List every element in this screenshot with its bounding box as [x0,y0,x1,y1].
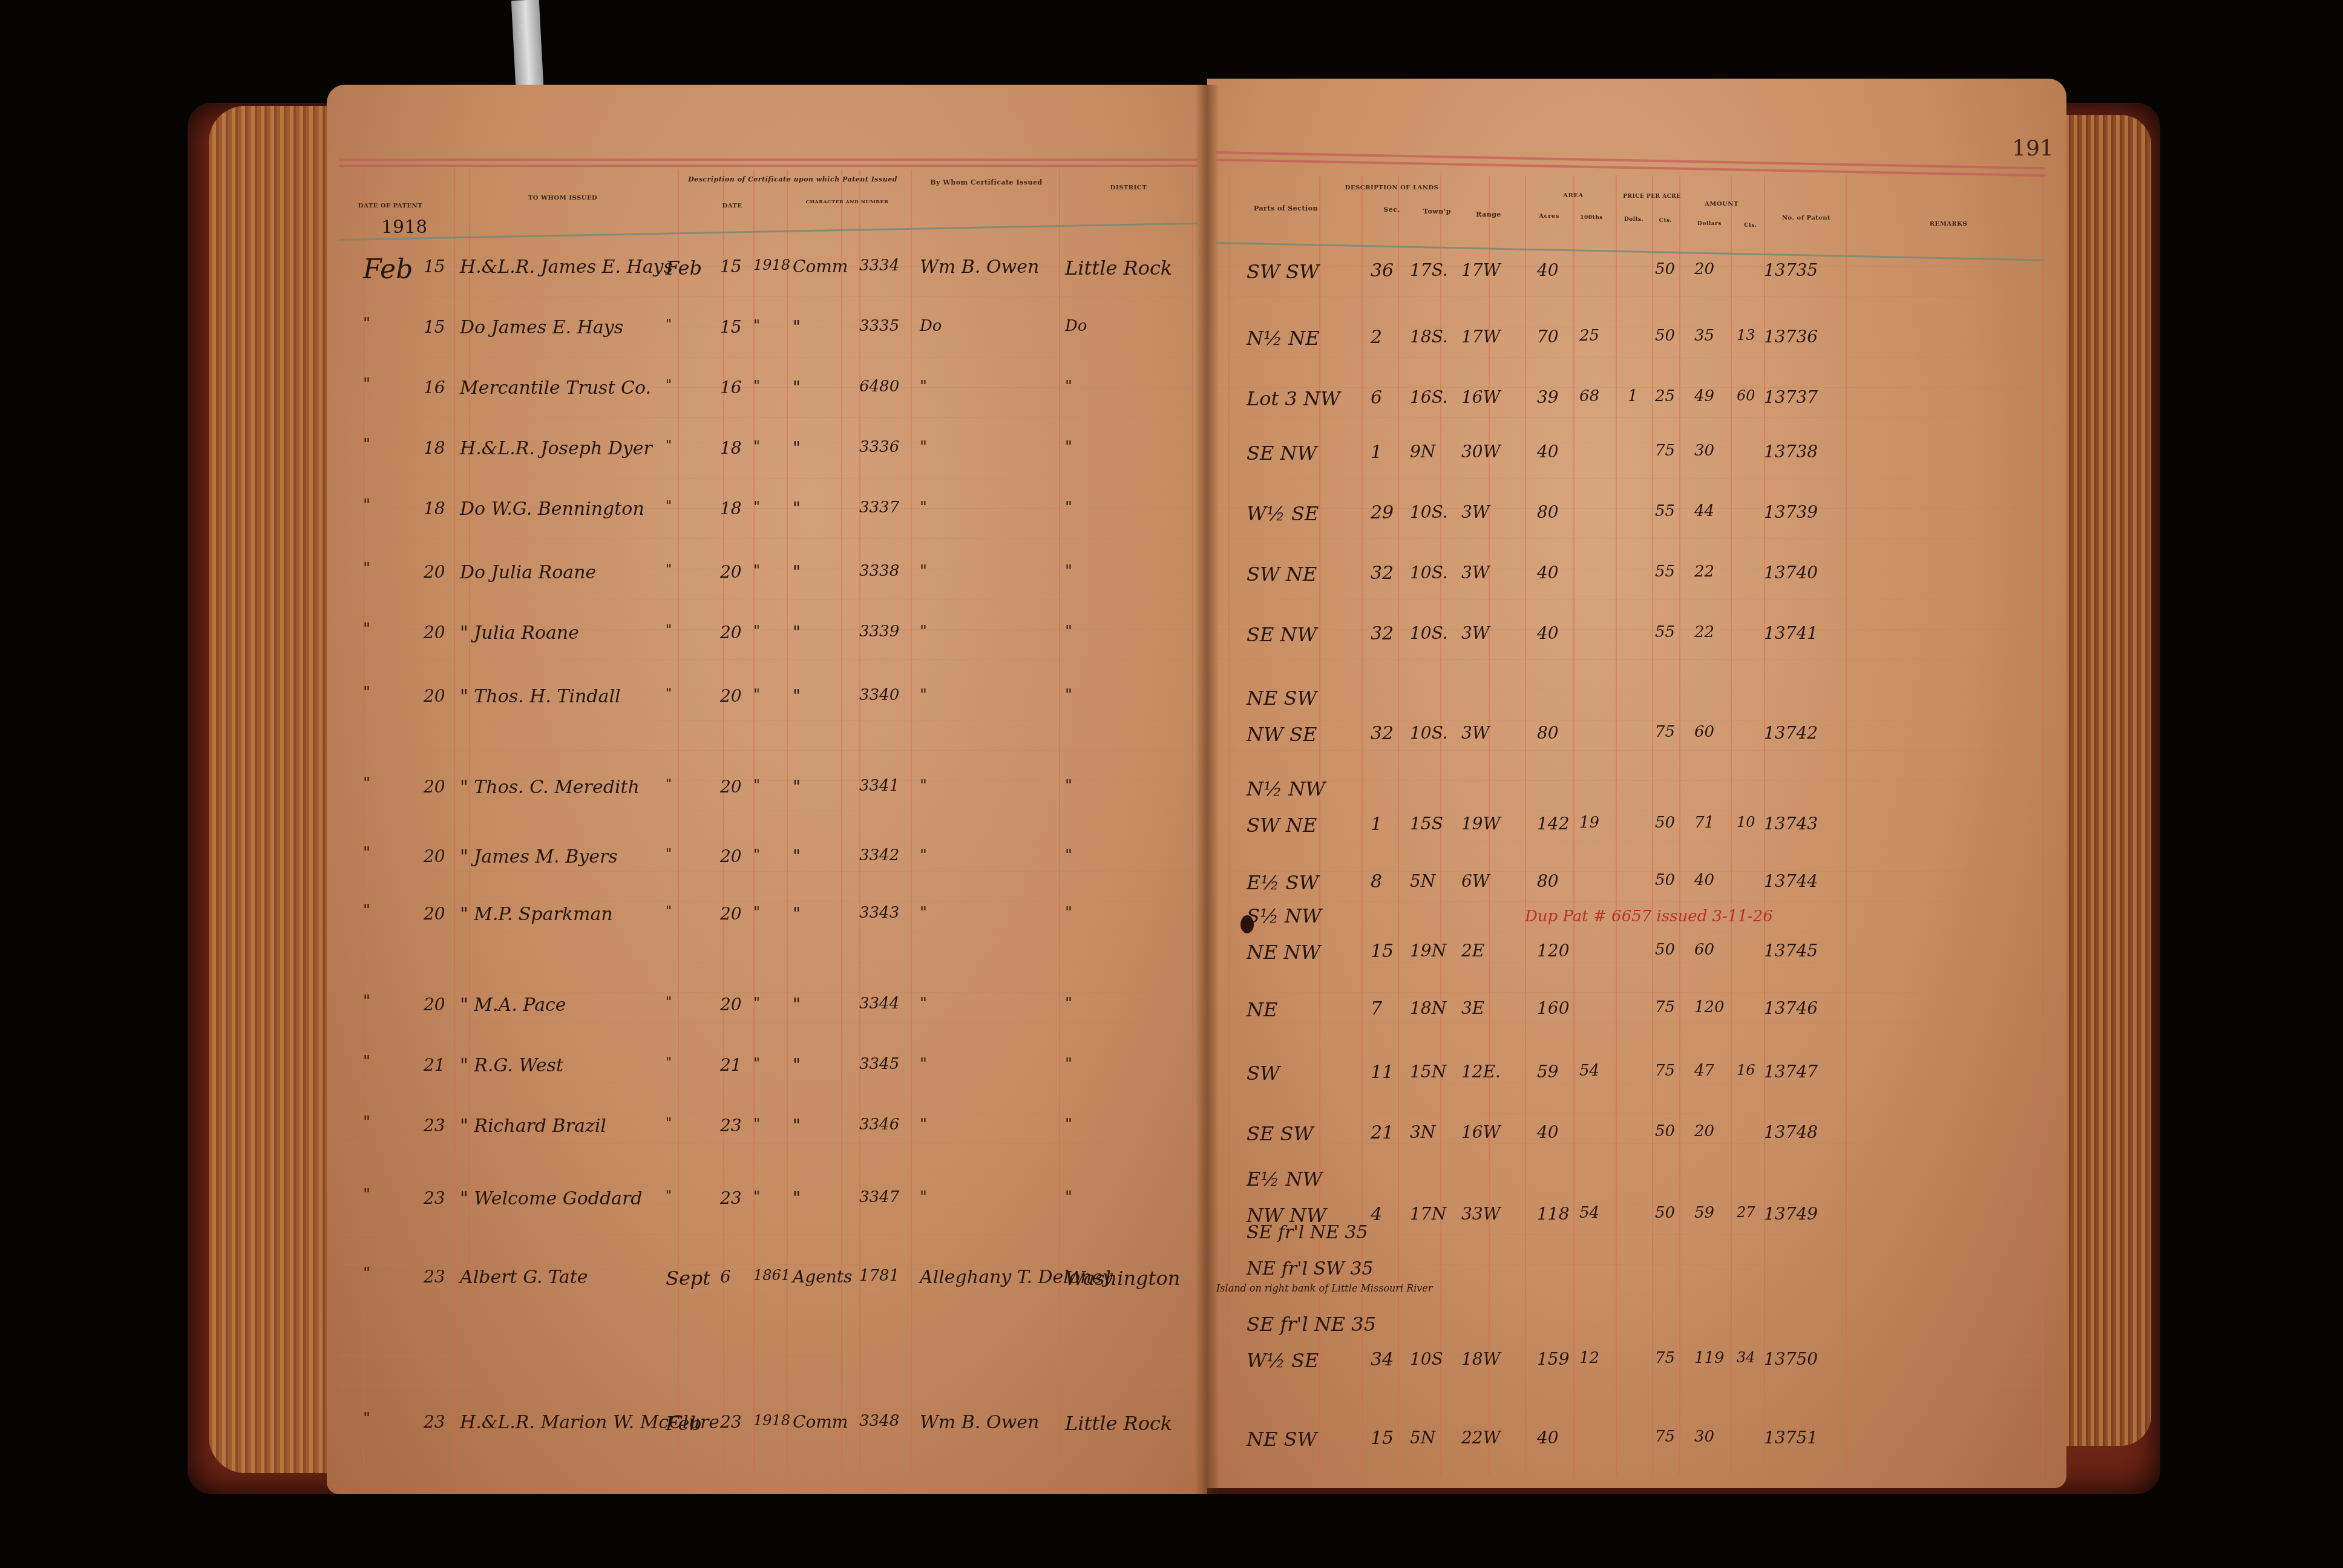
cert-number: 3337 [859,498,899,517]
range: 18W [1461,1349,1500,1369]
certificate-issuer: " [920,498,927,517]
header-description-of-lands: DESCRIPTION OF LANDS [1301,185,1483,191]
parts-of-section-line1: S½ NW [1247,904,1322,927]
acres: 39 [1537,387,1559,407]
certificate-issuer: " [920,995,927,1013]
amount-cents: 60 [1737,387,1755,404]
price-cents: 50 [1655,871,1675,889]
row-rule-left [339,992,1192,993]
row-rule-right [1216,1143,2045,1144]
row-rule-left [339,720,1192,720]
patent-day: 20 [424,686,445,706]
header-hundredths: 100ths [1573,215,1610,221]
cert-month: " [666,846,672,861]
parts-of-section: SW SW [1247,260,1319,283]
cert-year: " [753,846,760,863]
acres: 80 [1537,871,1559,891]
row-rule-left [339,932,1192,932]
column-rule-right [1319,175,1320,1476]
cert-year: 1861 [753,1267,790,1284]
row-rule-right [1216,1446,2045,1446]
section: 4 [1371,1204,1382,1225]
column-rule-left [454,169,455,1470]
certificate-issuer: " [920,1055,927,1073]
acres-hundredths: 25 [1579,327,1599,345]
patent-month: " [363,496,370,514]
cert-character: Comm [793,1412,848,1432]
amount-cents: 27 [1737,1204,1755,1221]
price-cents: 50 [1655,327,1675,345]
certificate-issuer: Wm B. Owen [920,256,1039,278]
cert-month: " [666,904,672,919]
row-rule-right [1216,538,2045,539]
acres: 40 [1537,563,1559,583]
cert-character: " [793,317,801,337]
header-sec: Sec. [1374,206,1410,214]
row-rule-right [1216,599,2045,599]
patent-day: 18 [424,438,445,458]
header-date-of-patent: DATE OF PATENT [345,203,436,209]
cert-character: " [793,904,801,924]
patent-day: 20 [424,995,445,1014]
range: 3W [1461,563,1490,583]
cert-number: 3340 [859,686,899,704]
grantee-name: " Welcome Goddard [460,1188,643,1209]
patent-month: " [363,436,370,454]
cert-character: " [793,1188,801,1208]
parts-of-section: SW NE [1247,814,1317,837]
header-cert-date: DATE [684,203,781,209]
acres-hundredths: 54 [1579,1204,1599,1222]
parts-of-section-note: Island on right bank of Little Missouri … [1216,1282,1432,1294]
grantee-name: Do Julia Roane [460,562,596,583]
cert-year: " [753,498,760,515]
patent-month: " [363,315,370,333]
row-rule-right [1216,871,2045,872]
section: 2 [1371,327,1382,348]
row-rule-right [1216,750,2045,751]
header-patent-number: No. of Patent [1767,215,1846,221]
cert-year: 1918 [753,256,790,273]
row-rule-right [1216,780,2045,781]
row-rule-left [339,962,1192,962]
amount-cents: 10 [1737,814,1755,831]
patent-number: 13745 [1764,941,1818,961]
header-acres: Acres [1525,213,1573,220]
row-rule-right [1216,417,2045,418]
range: 16W [1461,387,1500,407]
acres: 40 [1537,623,1559,643]
patent-month: " [363,375,370,393]
header-area: AREA [1531,192,1616,199]
parts-of-section: SE SW [1247,1122,1313,1145]
district: " [1065,777,1072,795]
cert-day: 18 [720,438,742,458]
district: Little Rock [1065,1412,1172,1435]
row-rule-right [1216,448,2045,448]
price-cents: 25 [1655,387,1675,405]
district: Do [1065,317,1087,335]
cert-day: 16 [720,377,742,397]
patent-number: 13748 [1764,1122,1818,1142]
cert-number: 3341 [859,777,899,795]
price-dollars: 1 [1628,387,1638,405]
row-rule-left [339,1446,1192,1446]
parts-of-section: SE NW [1247,623,1317,646]
cert-month: " [666,438,672,453]
patent-month: " [363,620,370,638]
header-price-per-acre: PRICE PER ACRE [1616,194,1688,200]
acres: 160 [1537,998,1569,1018]
cert-number: 3348 [859,1412,899,1430]
patent-day: 20 [424,777,445,797]
row-rule-right [1216,357,2045,358]
row-rule-right [1216,569,2045,569]
section: 32 [1371,563,1394,584]
row-rule-right [1216,266,2045,267]
cert-character: " [793,686,801,706]
amount-dollars: 35 [1694,327,1714,345]
column-rule-left [911,169,912,1470]
cert-year: " [753,438,760,455]
amount-dollars: 60 [1694,941,1714,959]
year-label: 1918 [381,217,427,238]
column-rule-right [1525,175,1526,1476]
amount-dollars: 20 [1694,1122,1714,1140]
price-cents: 50 [1655,814,1675,832]
parts-of-section: NE NW [1247,941,1320,964]
cert-year: " [753,622,760,639]
patent-day: 18 [424,498,445,518]
cert-year: " [753,1116,760,1132]
header-to-whom-issued: TO WHOM ISSUED [472,195,654,201]
grantee-name: " M.P. Sparkman [460,904,613,925]
amount-dollars: 59 [1694,1204,1714,1222]
acres: 120 [1537,941,1569,961]
certificate-issuer: " [920,562,927,580]
price-cents: 50 [1655,260,1675,278]
remark-duplicate-patent: Dup Pat # 6657 issued 3-11-26 [1525,907,1773,926]
parts-of-section-line1: E½ NW [1247,1168,1322,1191]
township: 5N [1410,1428,1435,1448]
ink-blot [1240,915,1254,933]
patent-day: 15 [424,317,445,337]
cert-month: " [666,995,672,1010]
district: " [1065,498,1072,517]
patent-day: 23 [424,1267,445,1287]
parts-of-section-line1: NE SW [1247,687,1317,710]
row-rule-right [1216,1174,2045,1174]
patent-month: " [363,684,370,702]
cert-character: " [793,1055,801,1075]
amount-dollars: 30 [1694,442,1714,460]
range: 3E [1461,998,1484,1018]
row-rule-left [339,417,1192,418]
patent-month: Feb [363,254,413,285]
price-cents: 75 [1655,1349,1675,1367]
township: 17N [1410,1204,1446,1224]
page-number: 191 [2012,136,2054,161]
row-rule-left [339,538,1192,539]
row-rule-right [1216,1022,2045,1023]
row-rule-right [1216,1083,2045,1083]
district: " [1065,904,1072,922]
header-dollars: Dollars [1682,221,1737,227]
section: 8 [1371,871,1382,892]
row-rule-right [1216,1204,2045,1204]
township: 10S. [1410,723,1448,743]
price-cents: 55 [1655,623,1675,641]
row-rule-right [1216,720,2045,720]
cert-year: " [753,777,760,794]
parts-of-section: Lot 3 NW [1247,387,1340,410]
district: " [1065,1055,1072,1073]
section: 15 [1371,941,1394,962]
amount-dollars: 30 [1694,1428,1714,1446]
header-township: Town'p [1413,207,1461,215]
header-certificate-group: Description of Certificate upon which Pa… [678,175,908,183]
patent-day: 20 [424,562,445,582]
section: 1 [1371,814,1382,835]
cert-character: " [793,562,801,582]
cert-character: " [793,622,801,642]
price-cents: 55 [1655,502,1675,520]
section: 1 [1371,442,1382,463]
acres: 40 [1537,442,1559,462]
cert-month: " [666,498,672,514]
row-rule-right [1216,1053,2045,1053]
cert-day: 18 [720,498,742,518]
row-rule-left [339,841,1192,841]
cert-character: " [793,846,801,866]
cert-day: 20 [720,846,742,866]
acres: 159 [1537,1349,1569,1369]
district: " [1065,846,1072,864]
township: 15S [1410,814,1443,834]
row-rule-left [339,1022,1192,1023]
section: 34 [1371,1349,1394,1370]
section: 29 [1371,502,1394,523]
cert-month: " [666,562,672,577]
header-by-whom: By Whom Certificate Issued [920,178,1053,186]
district: " [1065,1116,1072,1134]
row-rule-left [339,871,1192,872]
cert-character: " [793,377,801,397]
patent-number: 13747 [1764,1062,1818,1082]
acres: 40 [1537,260,1559,280]
parts-of-section: E½ SW [1247,871,1319,894]
row-rule-right [1216,932,2045,932]
acres: 70 [1537,327,1559,347]
parts-of-section: NW SE [1247,723,1317,746]
header-dolls: Dolls. [1616,217,1652,223]
cert-day: 23 [720,1188,742,1208]
amount-dollars: 47 [1694,1062,1714,1080]
section: 7 [1371,998,1382,1019]
amount-dollars: 22 [1694,623,1714,641]
certificate-issuer: " [920,1116,927,1134]
cert-month: " [666,1188,672,1203]
acres: 40 [1537,1428,1559,1448]
district: " [1065,622,1072,641]
price-cents: 75 [1655,1428,1675,1446]
row-rule-left [339,1385,1192,1386]
range: 3W [1461,723,1490,743]
township: 19N [1410,941,1446,961]
row-rule-right [1216,962,2045,962]
row-rule-left [339,659,1192,660]
parts-of-section-line1: SE fr'l NE 35 [1247,1313,1376,1336]
cert-year: " [753,686,760,703]
grantee-name: " Julia Roane [460,622,579,644]
acres: 80 [1537,502,1559,522]
patent-month: " [363,1264,370,1282]
row-rule-right [1216,992,2045,993]
price-cents: 50 [1655,1204,1675,1222]
cert-number: 3345 [859,1055,899,1073]
row-rule-left [339,1174,1192,1174]
patent-month: " [363,560,370,578]
grantee-name: " Thos. H. Tindall [460,686,621,707]
grantee-name: Albert G. Tate [460,1267,588,1288]
row-rule-right [1216,841,2045,841]
row-rule-right [1216,690,2045,690]
row-rule-right [1216,1355,2045,1356]
township: 18N [1410,998,1446,1018]
cert-year: " [753,1055,760,1072]
cert-day: 20 [720,995,742,1014]
row-rule-left [339,1053,1192,1053]
patent-month: " [363,1113,370,1131]
column-rule-right [1398,175,1399,1476]
parts-of-section-line2: NE fr'l SW 35 [1247,1258,1374,1279]
cert-month: " [666,377,672,393]
district: Little Rock [1065,256,1172,279]
row-rule-left [339,1295,1192,1295]
cert-number: 3343 [859,904,899,922]
acres-hundredths: 19 [1579,814,1599,832]
cert-character: " [793,1116,801,1135]
cert-day: 6 [720,1267,731,1287]
range: 22W [1461,1428,1500,1448]
cert-month: " [666,317,672,332]
patent-number: 13742 [1764,723,1818,743]
cert-number: 3342 [859,846,899,864]
cert-number: 3334 [859,256,899,275]
price-cents: 50 [1655,1122,1675,1140]
patent-day: 21 [424,1055,445,1075]
patent-month: " [363,774,370,792]
acres: 142 [1537,814,1569,834]
patent-day: 15 [424,256,445,276]
cert-day: 23 [720,1412,742,1432]
acres-hundredths: 12 [1579,1349,1599,1367]
district: " [1065,438,1072,456]
cert-year: " [753,904,760,921]
patent-day: 20 [424,846,445,866]
row-rule-right [1216,811,2045,811]
price-cents: 50 [1655,941,1675,959]
certificate-issuer: " [920,438,927,456]
range: 33W [1461,1204,1500,1224]
cert-day: 20 [720,904,742,924]
parts-of-section: SW [1247,1062,1280,1085]
cert-day: 15 [720,317,742,337]
township: 9N [1410,442,1435,462]
patent-day: 23 [424,1116,445,1135]
patent-number: 13738 [1764,442,1818,462]
patent-number: 13750 [1764,1349,1818,1369]
price-cents: 75 [1655,723,1675,741]
cert-day: 20 [720,562,742,582]
cert-character: " [793,777,801,797]
township: 3N [1410,1122,1435,1142]
parts-of-section-line1: N½ NW [1247,777,1325,800]
grantee-name: " R.G. West [460,1055,563,1076]
amount-dollars: 20 [1694,260,1714,278]
acres-hundredths: 68 [1579,387,1599,405]
cert-month: " [666,622,672,638]
column-rule-right [1228,175,1230,1476]
column-rule-right [1679,175,1680,1476]
row-rule-right [1216,901,2045,902]
range: 17W [1461,327,1500,347]
township: 16S. [1410,387,1448,407]
grantee-name: Mercantile Trust Co. [460,377,651,399]
grantee-name: H.&L.R. James E. Hays [460,256,673,278]
certificate-issuer: " [920,777,927,795]
price-cents: 75 [1655,1062,1675,1080]
range: 19W [1461,814,1500,834]
row-rule-left [339,1325,1192,1325]
cert-month: " [666,777,672,792]
cert-year: 1918 [753,1412,790,1429]
district: " [1065,562,1072,580]
cert-month: Sept [666,1267,710,1290]
cert-number: 3338 [859,562,899,580]
cert-day: 20 [720,686,742,706]
range: 6W [1461,871,1490,891]
row-rule-left [339,599,1192,599]
district: " [1065,377,1072,396]
cert-number: 1781 [859,1267,899,1285]
row-rule-right [1216,508,2045,509]
patent-number: 13737 [1764,387,1818,407]
acres: 118 [1537,1204,1569,1224]
amount-dollars: 60 [1694,723,1714,741]
header-parts-of-section: Parts of Section [1231,204,1340,212]
red-header-rule-left-2 [339,165,1198,167]
grantee-name: Do W.G. Bennington [460,498,644,520]
certificate-issuer: " [920,686,927,704]
patent-month: " [363,1186,370,1204]
row-rule-right [1216,1385,2045,1386]
amount-dollars: 120 [1694,998,1725,1016]
column-rule-right [2042,175,2043,1476]
parts-of-section-line0: SE fr'l NE 35 [1247,1222,1368,1243]
section: 21 [1371,1122,1394,1143]
township: 10S. [1410,623,1448,643]
row-rule-right [1216,1416,2045,1416]
patent-number: 13749 [1764,1204,1818,1224]
district: Washington [1065,1267,1180,1290]
section: 11 [1371,1062,1394,1083]
district: " [1065,995,1072,1013]
patent-day: 16 [424,377,445,397]
column-rule-right [1573,175,1575,1476]
cert-day: 20 [720,622,742,642]
patent-month: " [363,1410,370,1428]
